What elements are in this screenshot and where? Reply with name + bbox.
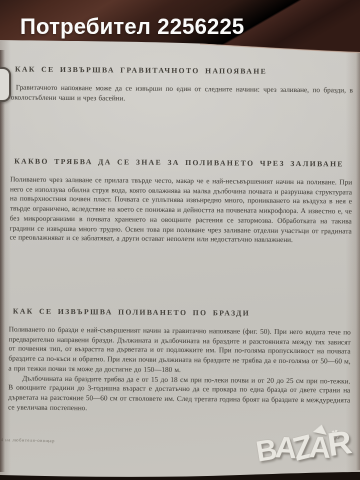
user-label: Потребител 2256225 bbox=[20, 14, 244, 40]
section-heading-furrow-irrigation: КАК СЕ ИЗВЪРШВА ПОЛИВАНЕТО ПО БРАЗДИ bbox=[13, 307, 351, 319]
wood-surface-bottom bbox=[0, 469, 360, 480]
listing-photo-screen: КАК СЕ ИЗВЪРШВА ГРАВИТАЧНОТО НАПОЯВАНЕ Г… bbox=[0, 0, 360, 480]
page-right-edge-shadow bbox=[356, 50, 360, 470]
page-left-edge-shadow bbox=[0, 50, 5, 472]
section-heading-flood-irrigation: КАКВО ТРЯБВА ДА СЕ ЗНАЕ ЗА ПОЛИВАНЕТО ЧР… bbox=[14, 157, 352, 169]
watermark-letter: R bbox=[325, 423, 352, 464]
paragraph-group: Поливането по бразди е най-съвършеният н… bbox=[8, 326, 351, 416]
section-heading-gravity-irrigation: КАК СЕ ИЗВЪРШВА ГРАВИТАЧНОТО НАПОЯВАНЕ bbox=[15, 65, 353, 77]
book-footnote: 4 на любителя-овощар bbox=[1, 438, 55, 444]
paragraph-text: Поливането по бразди е най-съвършеният н… bbox=[8, 326, 350, 377]
paragraph-text: Дълбочината на браздите трябва да е от 1… bbox=[8, 374, 350, 416]
book-page: КАК СЕ ИЗВЪРШВА ГРАВИТАЧНОТО НАПОЯВАНЕ Г… bbox=[0, 0, 360, 480]
photo-bottom-background bbox=[0, 468, 360, 480]
paragraph-text: Гравитачното напояване може да се извърш… bbox=[11, 84, 353, 106]
bazar-watermark-logo: BAZA✱R bbox=[255, 426, 351, 467]
paragraph: Поливането чрез заливане се прилага твър… bbox=[10, 176, 353, 247]
binder-ring bbox=[0, 67, 11, 102]
paragraph: Гравитачното напояване може да се извърш… bbox=[11, 84, 353, 106]
paragraph-text: Поливането чрез заливане се прилага твър… bbox=[10, 176, 353, 247]
